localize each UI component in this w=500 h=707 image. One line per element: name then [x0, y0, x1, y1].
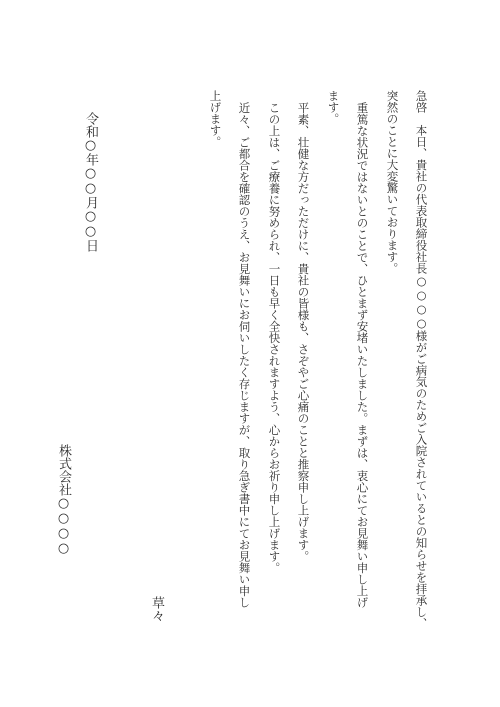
closing-salutation: 草々: [150, 596, 163, 622]
letter-date: 令和○年○○月○○日: [84, 112, 97, 252]
letter-body-line: 近々、ご都合を確認のうえ、お見舞いにお伺いしたく存じますが、取り急ぎ書中にてお見…: [238, 90, 250, 608]
letter-body-line: 上げます。: [209, 90, 221, 148]
letter-page: 急啓 本日、貴社の代表取締役社長○○○○様がご病気のためご入院されているとの知ら…: [0, 0, 500, 707]
letter-body-line: 平素、壮健な方だっただけに、貴社の皆様も、さぞやご心痛のことと推察申し上げます。: [297, 90, 309, 562]
letter-body-line: 突然のことに大変驚いております。: [386, 90, 398, 274]
letter-body-line: 重篤な状況ではないとのことで、ひとまず安堵いたしました。まずは、衷心にてお見舞い…: [356, 90, 368, 608]
letter-body-line: この上は、ご療養に努められ、一日も早く全快されますよう、心からお祈り申し上げます…: [268, 90, 280, 573]
letter-body-line-opening: 急啓 本日、貴社の代表取締役社長○○○○様がご病気のためご入院されているとの知ら…: [415, 90, 427, 629]
letter-body-line: ます。: [327, 90, 339, 125]
sender-company-name: 株式会社○○○○: [57, 444, 70, 556]
